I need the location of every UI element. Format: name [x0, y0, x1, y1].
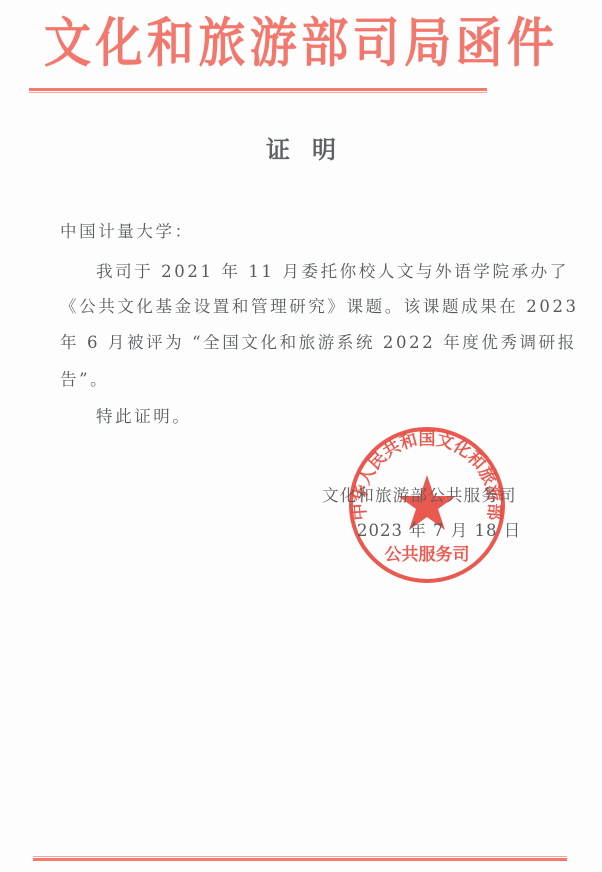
letterhead-rule — [29, 88, 487, 91]
signature-date: 2023 年 7 月 18 日 — [357, 517, 521, 541]
paragraph-line: 年 6 月被评为 “全国文化和旅游系统 2022 年度优秀调研报 — [60, 329, 577, 353]
letterhead-char: 件 — [507, 4, 554, 85]
letterhead-char: 部 — [301, 4, 348, 85]
letterhead-title: 文 化 和 旅 游 部 司 局 函 件 — [44, 8, 554, 80]
closing-text: 特此证明。 — [96, 403, 192, 427]
letterhead-char: 局 — [404, 4, 451, 85]
document-title: 证明 — [0, 130, 602, 165]
paragraph-line: 我司于 2021 年 11 月委托你校人文与外语学院承办了 — [96, 258, 535, 282]
letterhead-char: 游 — [250, 4, 297, 85]
letterhead-char: 司 — [353, 4, 400, 85]
paragraph-line: 《公共文化基金设置和管理研究》课题。该课题成果在 2023 — [60, 293, 579, 317]
paragraph-line: 告”。 — [60, 366, 109, 390]
letterhead-char: 化 — [95, 4, 142, 85]
letterhead-rule-thin — [29, 92, 487, 93]
letterhead-char: 旅 — [198, 4, 245, 85]
footer-rule-thin — [33, 856, 567, 857]
seal-inner-text: 公共服务司 — [385, 544, 470, 565]
letterhead-char: 和 — [147, 4, 194, 85]
letterhead-char: 函 — [456, 4, 503, 85]
signature-organization: 文化和旅游部公共服务司 — [322, 482, 517, 506]
salutation: 中国计量大学： — [60, 218, 194, 242]
footer-rule — [33, 858, 567, 861]
letterhead-char: 文 — [44, 4, 91, 85]
